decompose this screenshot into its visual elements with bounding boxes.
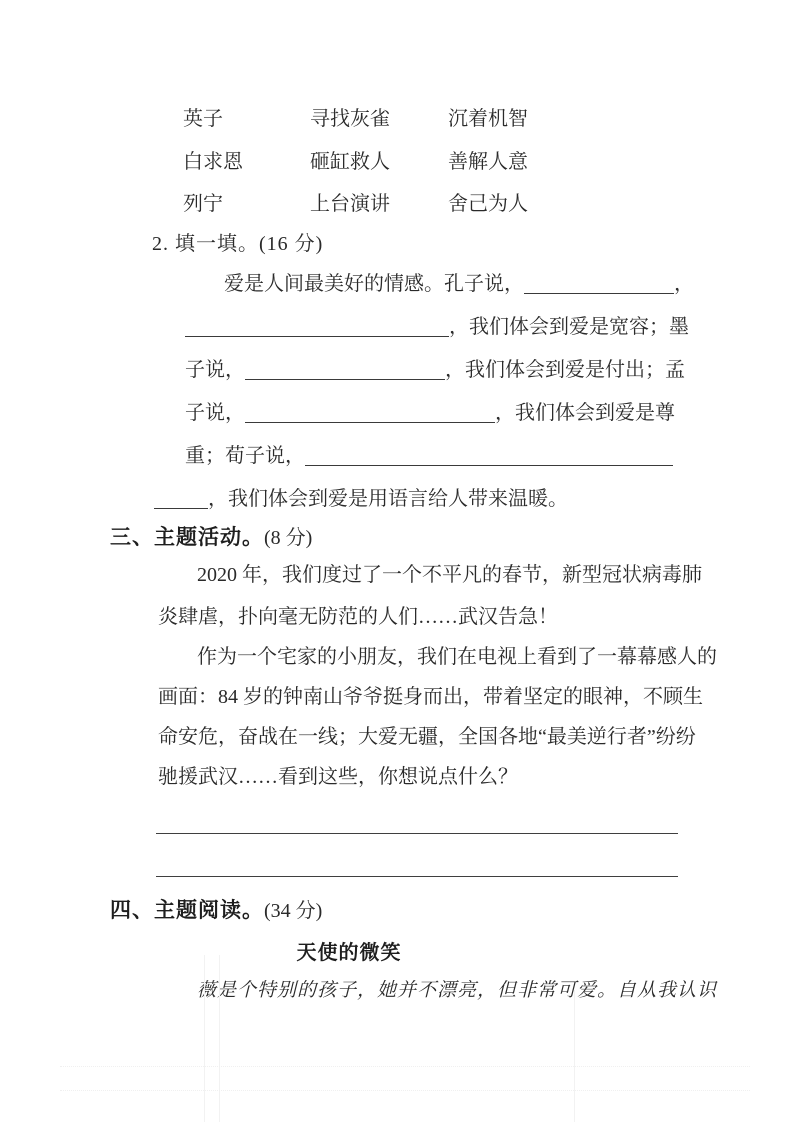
answer-blank: [305, 450, 673, 466]
matching-event-cell: 上台演讲: [310, 187, 390, 216]
matching-trait-cell: 善解人意: [448, 145, 528, 174]
matching-row: 英子 寻找灰雀 沉着机智: [0, 102, 793, 129]
matching-row: 列宁 上台演讲 舍己为人: [0, 187, 793, 214]
section3-score: (8 分): [264, 527, 312, 549]
answer-blank: [524, 278, 674, 294]
paragraph-line: 驰援武汉……看到这些，你想说点什么？: [158, 764, 518, 791]
section4-title: 四、主题阅读。: [110, 899, 264, 922]
answer-line: [156, 876, 678, 877]
question2-label: 2. 填一填。: [152, 233, 259, 255]
paragraph-line: 2020 年，我们度过了一个不平凡的春节，新型冠状病毒肺: [197, 562, 702, 589]
matching-event-cell: 寻找灰雀: [310, 102, 390, 131]
paragraph-line: 炎肆虐，扑向毫无防范的人们……武汉告急！: [158, 604, 558, 631]
fill-line: 子说，，我们体会到爱是付出；孟: [185, 357, 685, 384]
fill-line-text: ，我们体会到爱是付出；孟: [445, 359, 685, 381]
matching-name-cell: 列宁: [183, 187, 223, 216]
fill-line: 重；荀子说，: [185, 443, 673, 470]
answer-blank: [154, 493, 208, 509]
matching-name-cell: 英子: [183, 102, 223, 131]
fill-line: ，我们体会到爱是宽容；墨: [185, 314, 689, 341]
matching-trait-cell: 舍己为人: [448, 187, 528, 216]
answer-blank: [185, 321, 449, 337]
fill-line: ，我们体会到爱是用语言给人带来温暖。: [154, 486, 568, 513]
fill-line-text: ，我们体会到爱是尊: [495, 402, 675, 424]
question2-score: (16 分): [259, 233, 323, 255]
fill-line-text: ，: [674, 273, 694, 295]
scan-artifact-line: [60, 1090, 750, 1091]
matching-trait-cell: 沉着机智: [448, 102, 528, 131]
passage-title: 天使的微笑: [0, 936, 698, 965]
answer-blank: [245, 364, 445, 380]
fill-line-text: 爱是人间最美好的情感。孔子说，: [224, 273, 524, 295]
scan-artifact-line: [219, 955, 220, 1122]
matching-row: 白求恩 砸缸救人 善解人意: [0, 145, 793, 172]
fill-line-text: ，我们体会到爱是宽容；墨: [449, 316, 689, 338]
matching-event-cell: 砸缸救人: [310, 145, 390, 174]
fill-line: 子说，，我们体会到爱是尊: [185, 400, 675, 427]
matching-name-cell: 白求恩: [183, 145, 243, 174]
fill-line-text: 子说，: [185, 359, 245, 381]
question2-heading: 2. 填一填。(16 分): [152, 231, 323, 258]
scan-artifact-line: [204, 955, 205, 1122]
paragraph-line: 画面：84 岁的钟南山爷爷挺身而出，带着坚定的眼神，不顾生: [158, 684, 703, 711]
section4-score: (34 分): [264, 900, 322, 922]
scan-artifact-line: [60, 1066, 750, 1067]
fill-line: 爱是人间最美好的情感。孔子说，，: [224, 271, 694, 298]
fill-line-text: ，我们体会到爱是用语言给人带来温暖。: [208, 488, 568, 510]
scan-artifact-line: [574, 990, 575, 1122]
section4-heading: 四、主题阅读。(34 分): [110, 897, 322, 925]
fill-line-text: 重；荀子说，: [185, 445, 305, 467]
answer-blank: [245, 407, 495, 423]
answer-line: [156, 833, 678, 834]
section3-title: 三、主题活动。: [110, 526, 264, 549]
paragraph-line: 命安危，奋战在一线；大爱无疆，全国各地“最美逆行者”纷纷: [158, 724, 696, 751]
fill-line-text: 子说，: [185, 402, 245, 424]
paragraph-line: 作为一个宅家的小朋友，我们在电视上看到了一幕幕感人的: [197, 644, 717, 671]
worksheet-page: 英子 寻找灰雀 沉着机智 白求恩 砸缸救人 善解人意 列宁 上台演讲 舍己为人 …: [0, 0, 793, 1122]
section3-heading: 三、主题活动。(8 分): [110, 524, 312, 552]
passage-line: 薇是个特别的孩子，她并不漂亮，但非常可爱。自从我认识: [197, 977, 717, 1004]
